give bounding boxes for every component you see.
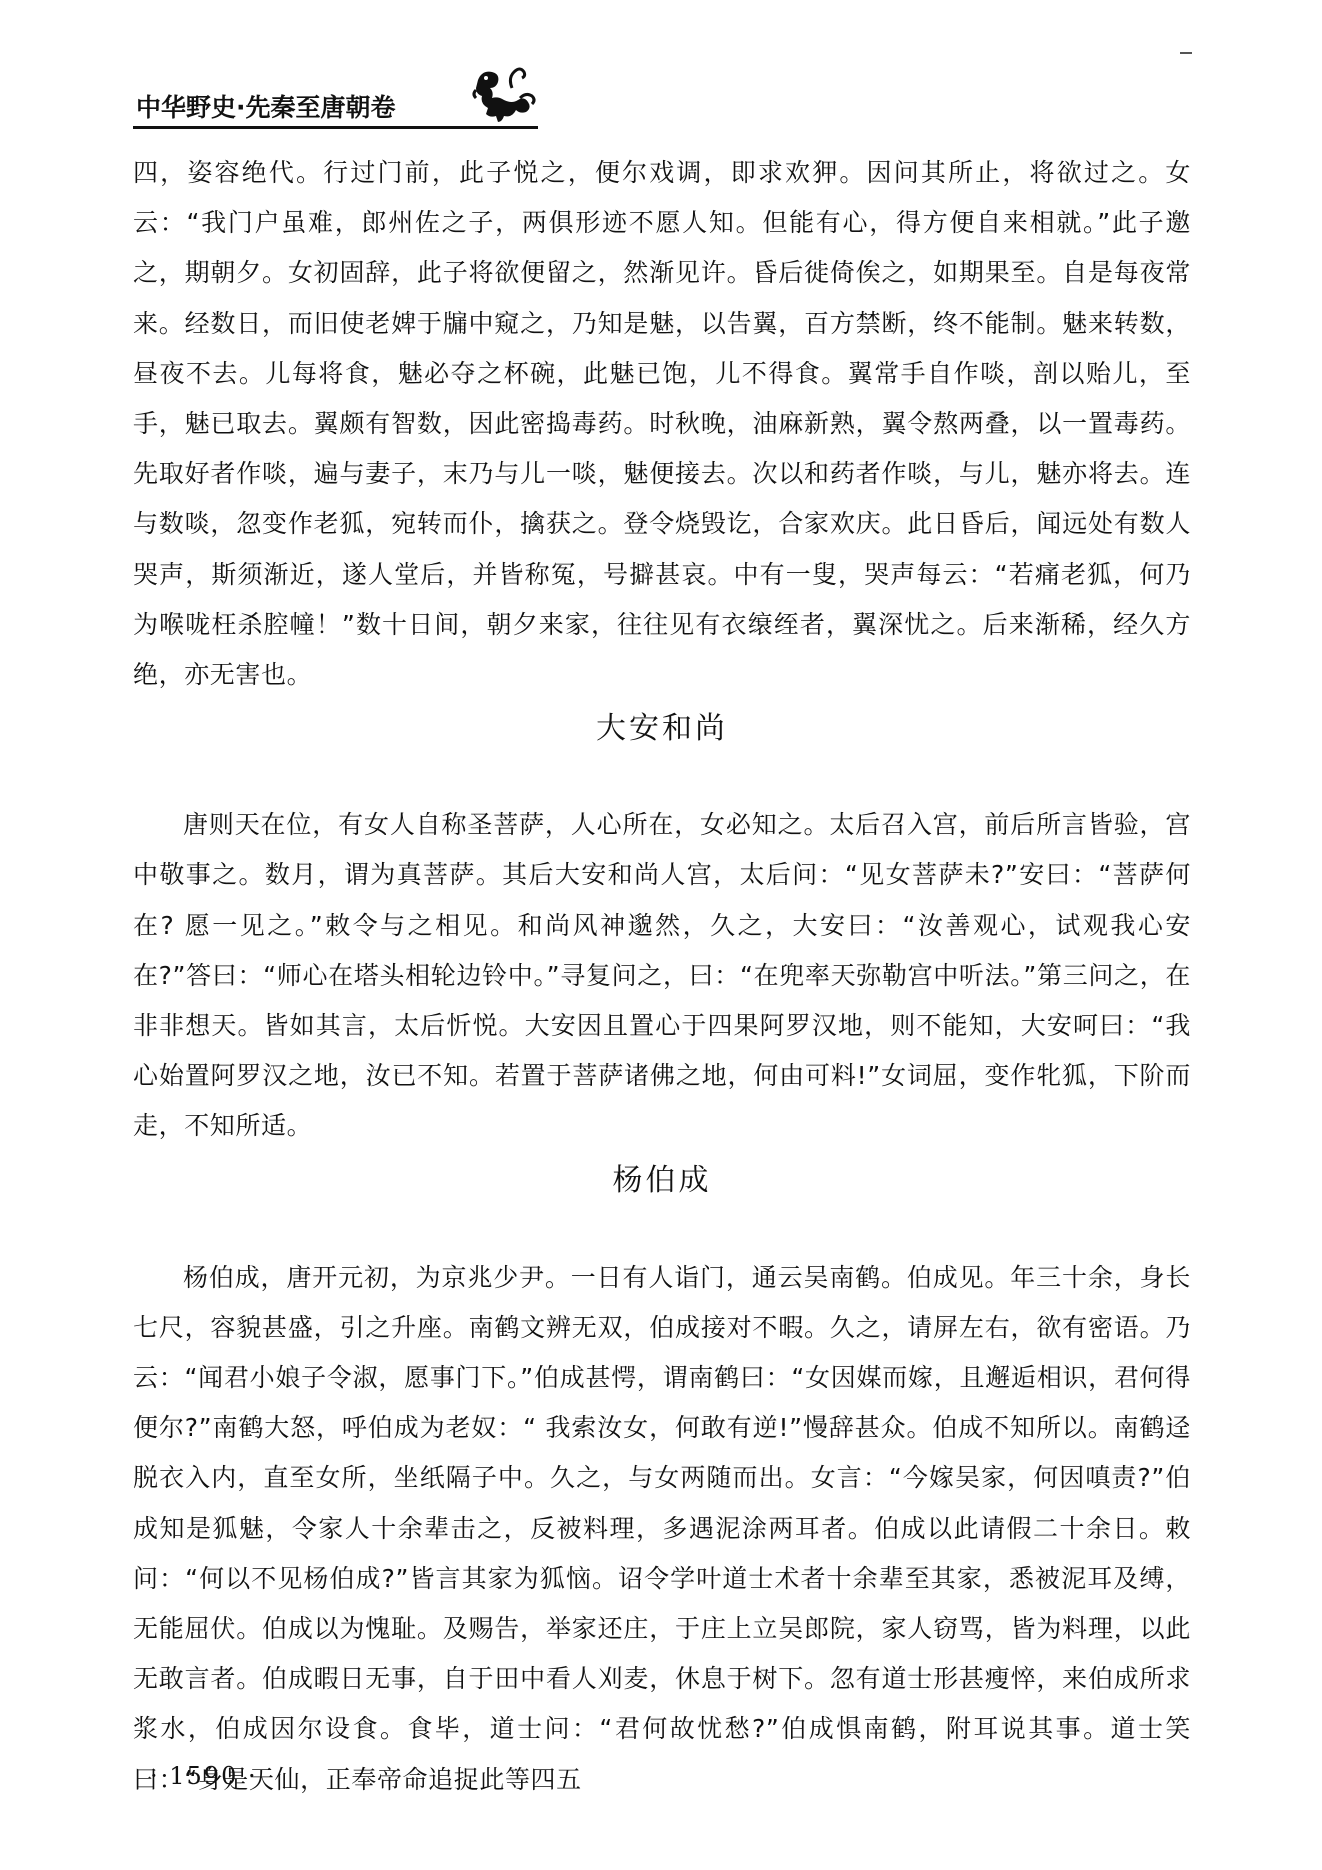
page-body: 四，姿容绝代。行过门前，此子悦之，便尔戏调，即求欢狎。因问其所止，将欲过之。女云… — [133, 148, 1191, 1805]
page-number: · 1590 · — [150, 1762, 258, 1790]
section-paragraph: 杨伯成，唐开元初，为京兆少尹。一日有人诣门，通云吴南鹤。伯成见。年三十余，身长七… — [133, 1253, 1191, 1805]
header-rule — [133, 126, 538, 129]
running-header: 中华野史·先秦至唐朝卷 — [133, 60, 538, 130]
section-title-yang-bo-cheng: 杨伯成 — [133, 1152, 1191, 1210]
section-title-da-an-he-shang: 大安和尚 — [133, 700, 1191, 758]
scan-corner-mark — [1180, 52, 1192, 54]
continued-paragraph: 四，姿容绝代。行过门前，此子悦之，便尔戏调，即求欢狎。因问其所止，将欲过之。女云… — [133, 148, 1191, 700]
section-paragraph: 唐则天在位，有女人自称圣菩萨，人心所在，女必知之。太后召入宫，前后所言皆验，宫中… — [133, 800, 1191, 1151]
book-title: 中华野史·先秦至唐朝卷 — [136, 88, 396, 124]
dragon-emblem-icon — [468, 62, 540, 124]
